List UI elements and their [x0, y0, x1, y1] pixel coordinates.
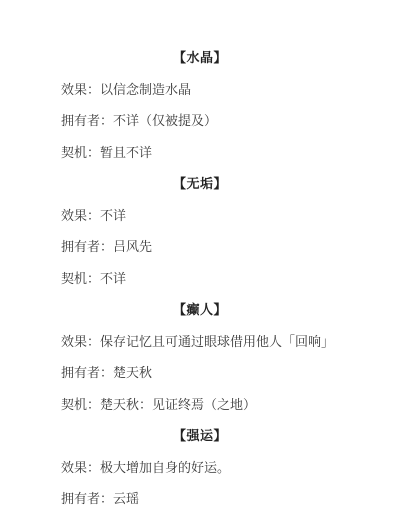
ability-section: 【强运】 效果：极大增加自身的好运。 拥有者：云瑶	[0, 428, 400, 507]
field-line: 拥有者：云瑶	[61, 491, 400, 507]
section-title: 【癫人】	[0, 302, 400, 318]
section-lines: 效果：保存记忆且可通过眼球借用他人「回响」 拥有者：楚天秋 契机：楚天秋：见证终…	[0, 334, 400, 413]
section-lines: 效果：以信念制造水晶 拥有者：不详（仅被提及） 契机：暂且不详	[0, 82, 400, 161]
field-line: 效果：以信念制造水晶	[61, 82, 400, 98]
field-line: 契机：楚天秋：见证终焉（之地）	[61, 397, 400, 413]
field-line: 拥有者：不详（仅被提及）	[61, 113, 400, 129]
field-line: 拥有者：楚天秋	[61, 365, 400, 381]
sections-container: 【水晶】 效果：以信念制造水晶 拥有者：不详（仅被提及） 契机：暂且不详 【无垢…	[0, 50, 400, 507]
field-line: 效果：不详	[61, 208, 400, 224]
ability-section: 【无垢】 效果：不详 拥有者：吕风先 契机：不详	[0, 176, 400, 287]
field-line: 契机：暂且不详	[61, 145, 400, 161]
section-lines: 效果：极大增加自身的好运。 拥有者：云瑶	[0, 460, 400, 508]
document-page: 【水晶】 效果：以信念制造水晶 拥有者：不详（仅被提及） 契机：暂且不详 【无垢…	[0, 0, 400, 509]
section-lines: 效果：不详 拥有者：吕风先 契机：不详	[0, 208, 400, 287]
field-line: 拥有者：吕风先	[61, 239, 400, 255]
ability-section: 【水晶】 效果：以信念制造水晶 拥有者：不详（仅被提及） 契机：暂且不详	[0, 50, 400, 161]
field-line: 契机：不详	[61, 271, 400, 287]
field-line: 效果：极大增加自身的好运。	[61, 460, 400, 476]
ability-section: 【癫人】 效果：保存记忆且可通过眼球借用他人「回响」 拥有者：楚天秋 契机：楚天…	[0, 302, 400, 413]
section-title: 【强运】	[0, 428, 400, 444]
section-title: 【无垢】	[0, 176, 400, 192]
field-line: 效果：保存记忆且可通过眼球借用他人「回响」	[61, 334, 400, 350]
section-title: 【水晶】	[0, 50, 400, 66]
